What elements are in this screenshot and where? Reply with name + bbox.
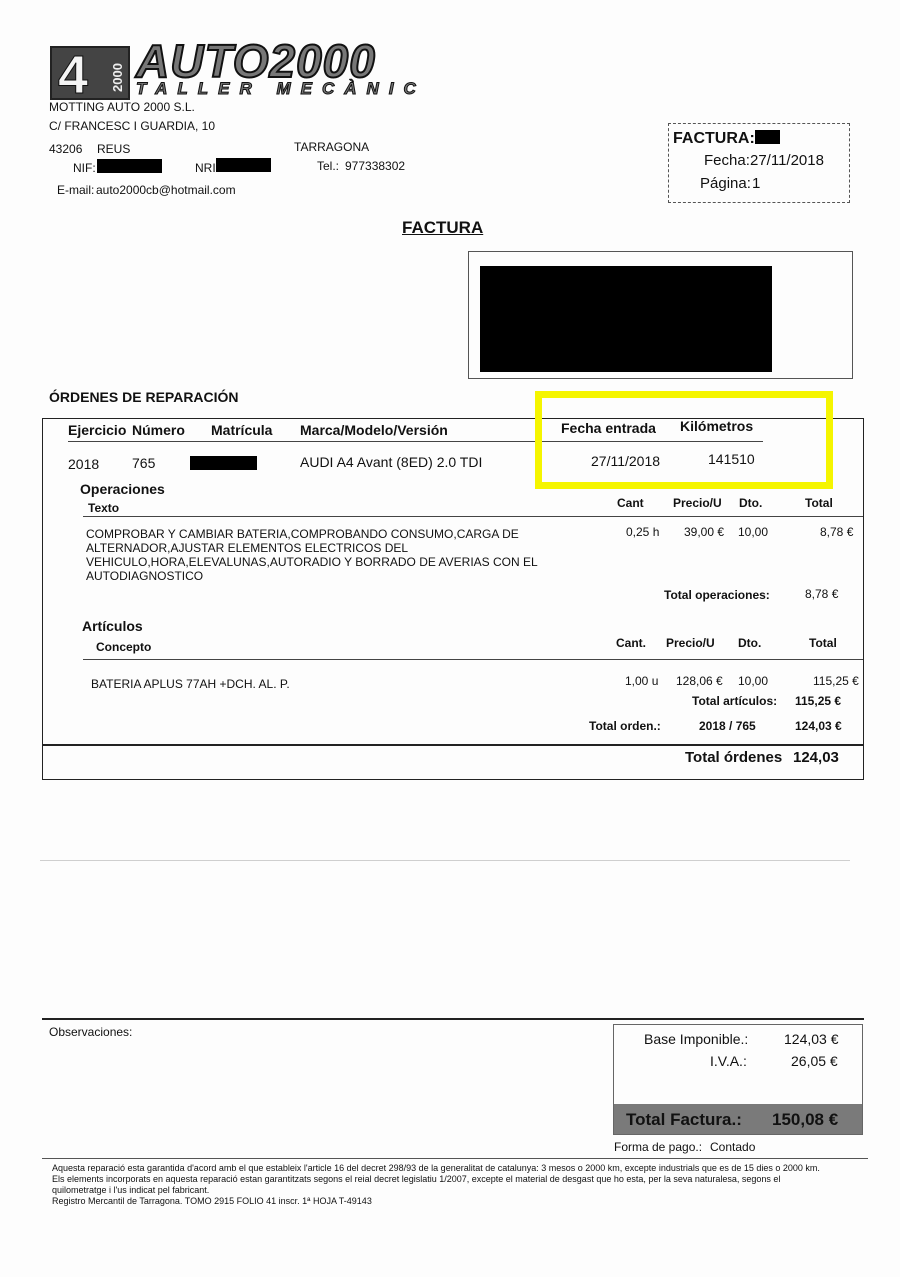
legal-line: quilometratge i l'us indicat pel fabrica… — [52, 1185, 872, 1196]
observaciones-label: Observaciones: — [49, 1025, 132, 1039]
total-articulos-label: Total artículos: — [692, 694, 777, 708]
art-header-total: Total — [809, 636, 837, 650]
highlight-annotation — [535, 391, 833, 489]
company-logo: 4 2000 AUTO2000 TALLER MECÀNIC — [50, 42, 470, 102]
article-precio: 128,06 € — [676, 674, 723, 688]
op-header-total: Total — [805, 496, 833, 510]
base-imponible-label: Base Imponible.: — [644, 1031, 748, 1047]
operaciones-divider — [83, 516, 863, 517]
operation-total: 8,78 € — [820, 525, 853, 539]
total-ordenes-value: 124,03 — [793, 749, 839, 766]
operation-text-line: ALTERNADOR,AJUSTAR ELEMENTOS ELECTRICOS … — [86, 541, 408, 555]
operation-text-line: AUTODIAGNOSTICO — [86, 569, 203, 583]
articulos-divider — [83, 659, 863, 660]
total-ordenes-divider — [43, 744, 863, 746]
articulos-title: Artículos — [82, 618, 143, 634]
base-imponible-value: 124,03 € — [784, 1031, 839, 1047]
operation-dto: 10,00 — [738, 525, 768, 539]
article-cant: 1,00 u — [625, 674, 658, 688]
invoice-meta-box: FACTURA: Fecha: 27/11/2018 Página: 1 — [668, 123, 850, 203]
redacted-nri — [216, 158, 271, 172]
art-header-concepto: Concepto — [96, 640, 151, 654]
total-factura-bar: Total Factura.: 150,08 € — [614, 1104, 862, 1134]
article-dto: 10,00 — [738, 674, 768, 688]
company-address: C/ FRANCESC I GUARDIA, 10 — [49, 119, 215, 133]
redacted-matricula — [190, 456, 257, 470]
order-numero: 765 — [132, 455, 155, 471]
logo-badge: 4 2000 — [50, 46, 130, 100]
orders-section-title: ÓRDENES DE REPARACIÓN — [49, 389, 239, 405]
totals-box: Base Imponible.: 124,03 € I.V.A.: 26,05 … — [613, 1024, 863, 1135]
total-operaciones-label: Total operaciones: — [664, 588, 770, 602]
logo-subtitle: TALLER MECÀNIC — [136, 80, 426, 98]
company-email: auto2000cb@hotmail.com — [96, 183, 236, 197]
header-numero: Número — [132, 422, 185, 438]
total-ordenes-label: Total órdenes — [685, 749, 782, 766]
total-operaciones-value: 8,78 € — [805, 587, 838, 601]
observaciones-divider — [42, 1018, 864, 1020]
operation-precio: 39,00 € — [684, 525, 724, 539]
registry-line: Registro Mercantil de Tarragona. TOMO 29… — [52, 1196, 872, 1207]
total-orden-ref: 2018 / 765 — [699, 719, 756, 733]
art-header-dto: Dto. — [738, 636, 761, 650]
company-postal-code: 43206 — [49, 142, 82, 156]
company-tel: 977338302 — [345, 159, 405, 173]
redacted-invoice-number — [755, 130, 780, 144]
op-header-texto: Texto — [88, 501, 119, 515]
art-header-precio: Precio/U — [666, 636, 715, 650]
operation-text-line: VEHICULO,HORA,ELEVALUNAS,AUTORADIO Y BOR… — [86, 555, 538, 569]
total-factura-value: 150,08 € — [772, 1110, 838, 1130]
invoice-date: 27/11/2018 — [750, 152, 824, 169]
company-city: REUS — [97, 142, 130, 156]
tel-label: Tel.: — [317, 159, 339, 173]
article-total: 115,25 € — [813, 674, 859, 688]
company-province: TARRAGONA — [294, 140, 369, 154]
total-orden-label: Total orden.: — [589, 719, 661, 733]
document-title: FACTURA — [402, 218, 483, 238]
page-label: Página: — [700, 175, 751, 192]
redacted-nif — [97, 159, 162, 173]
logo-badge-number: 4 — [58, 48, 88, 102]
redacted-client-info — [480, 266, 772, 372]
legal-line: Aquesta reparació esta garantida d'acord… — [52, 1163, 872, 1174]
header-matricula: Matrícula — [211, 422, 272, 438]
invoice-number-label: FACTURA: — [673, 130, 755, 148]
order-ejercicio: 2018 — [68, 456, 99, 472]
article-concepto: BATERIA APLUS 77AH +DCH. AL. P. — [91, 677, 290, 691]
total-factura-label: Total Factura.: — [626, 1110, 742, 1130]
art-header-cant: Cant. — [616, 636, 646, 650]
company-name: MOTTING AUTO 2000 S.L. — [49, 100, 195, 114]
logo-main-text: AUTO2000 — [136, 38, 376, 84]
footer-divider — [42, 1158, 868, 1159]
iva-label: I.V.A.: — [710, 1053, 747, 1069]
invoice-date-label: Fecha: — [704, 152, 750, 169]
header-marca: Marca/Modelo/Versión — [300, 422, 448, 438]
operation-text-line: COMPROBAR Y CAMBIAR BATERIA,COMPROBANDO … — [86, 527, 519, 541]
total-orden-value: 124,03 € — [795, 719, 842, 733]
legal-notice: Aquesta reparació esta garantida d'acord… — [52, 1163, 872, 1207]
iva-value: 26,05 € — [791, 1053, 838, 1069]
legal-line: Els elements incorporats en aquesta repa… — [52, 1174, 872, 1185]
page-number: 1 — [752, 175, 760, 192]
op-header-precio: Precio/U — [673, 496, 722, 510]
email-label: E-mail: — [57, 183, 94, 197]
op-header-dto: Dto. — [739, 496, 762, 510]
op-header-cant: Cant — [617, 496, 644, 510]
header-ejercicio: Ejercicio — [68, 422, 126, 438]
forma-pago-label: Forma de pago.: — [614, 1140, 702, 1154]
operation-cant: 0,25 h — [626, 525, 659, 539]
nif-label: NIF: — [73, 161, 96, 175]
logo-badge-text: 2000 — [108, 56, 128, 100]
client-address-box — [468, 251, 853, 379]
scan-artifact — [40, 860, 850, 861]
forma-pago-value: Contado — [710, 1140, 755, 1154]
order-marca: AUDI A4 Avant (8ED) 2.0 TDI — [300, 454, 482, 470]
total-articulos-value: 115,25 € — [795, 694, 841, 708]
operaciones-title: Operaciones — [80, 481, 165, 497]
